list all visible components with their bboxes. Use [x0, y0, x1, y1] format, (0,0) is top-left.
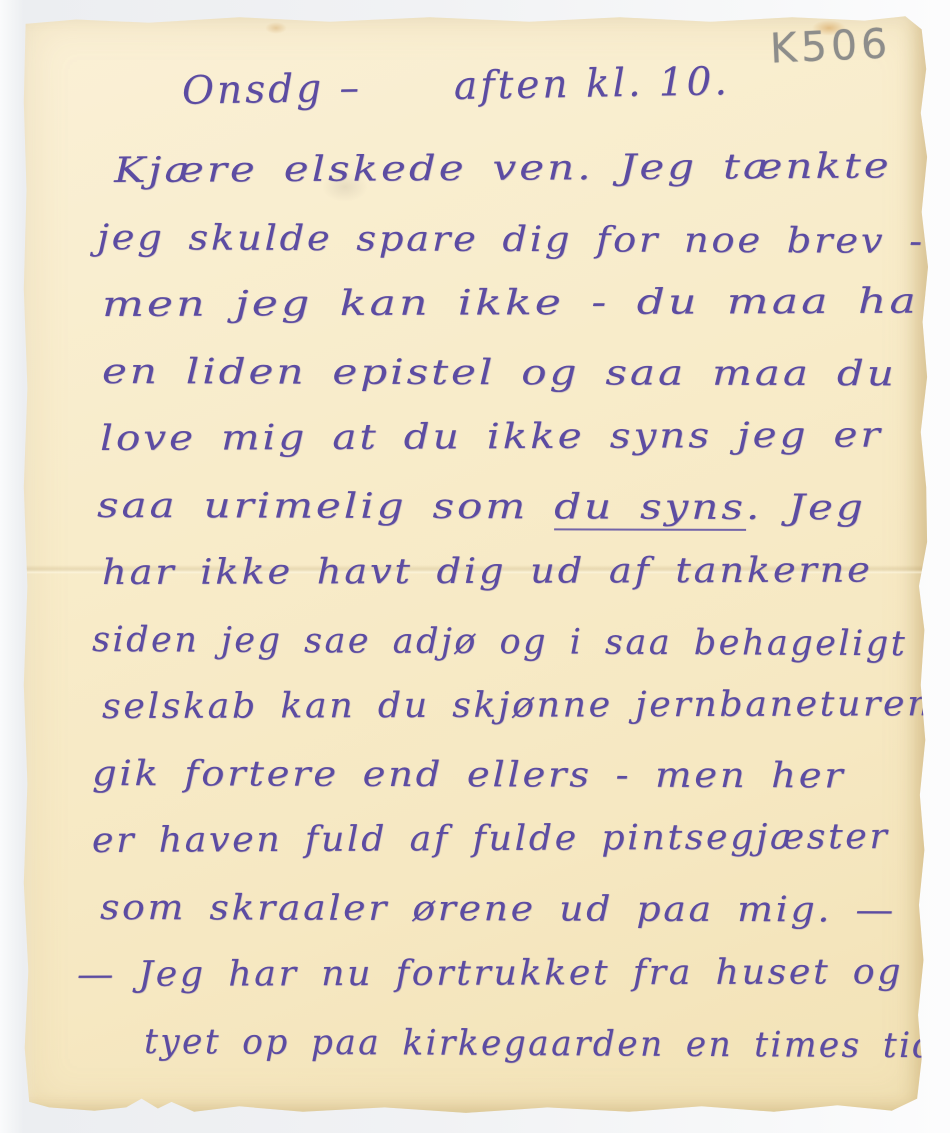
letter-line: — Jeg har nu fortrukket fra huset og [77, 939, 950, 1009]
line-text-after: . Jeg [746, 488, 866, 528]
letter-line: som skraaler ørene ud paa mig. — [100, 875, 950, 945]
underlined-phrase: du syns [554, 487, 746, 531]
dateline-gap [362, 99, 454, 101]
letter-line: men jeg kan ikke - du maa ha [102, 268, 950, 339]
letter-dateline: Onsdg –aften kl. 10. [182, 59, 731, 114]
letter-paper: K506 Onsdg –aften kl. 10. Kjære elskede … [22, 14, 928, 1114]
letter-line: er haven fuld af fulde pintsegjæster [92, 804, 950, 875]
letter-line: Kjære elskede ven. Jeg tænkte [114, 132, 950, 205]
letter-line: love mig at du ikke syns jeg er [100, 402, 950, 473]
paper-stain [265, 22, 287, 34]
letter-line: siden jeg sae adjø og i saa behageligt [92, 607, 928, 678]
catalog-number: K506 [769, 19, 892, 72]
letter-line: selskab kan du skjønne jernbaneturen [102, 671, 950, 741]
letter-body: Kjære elskede ven. Jeg tænkte jeg skulde… [22, 138, 928, 1076]
letter-line: har ikke havt dig ud af tankerne [102, 537, 950, 607]
dateline-day: Onsdg – [182, 66, 363, 114]
letter-line: en liden epistel og saa maa du [102, 339, 950, 409]
line-text-before: saa urimelig som [97, 486, 554, 527]
letter-line-with-underline: saa urimelig som du syns. Jeg [97, 473, 950, 543]
letter-line: jeg skulde spare dig for noe brev - [97, 205, 950, 276]
dateline-time: aften kl. 10. [454, 59, 731, 109]
letter-line: gik fortere end ellers - men her [92, 741, 950, 811]
letter-line: tyet op paa kirkegaarden en times tid. [144, 1009, 913, 1080]
scan-background: K506 Onsdg –aften kl. 10. Kjære elskede … [0, 0, 950, 1133]
